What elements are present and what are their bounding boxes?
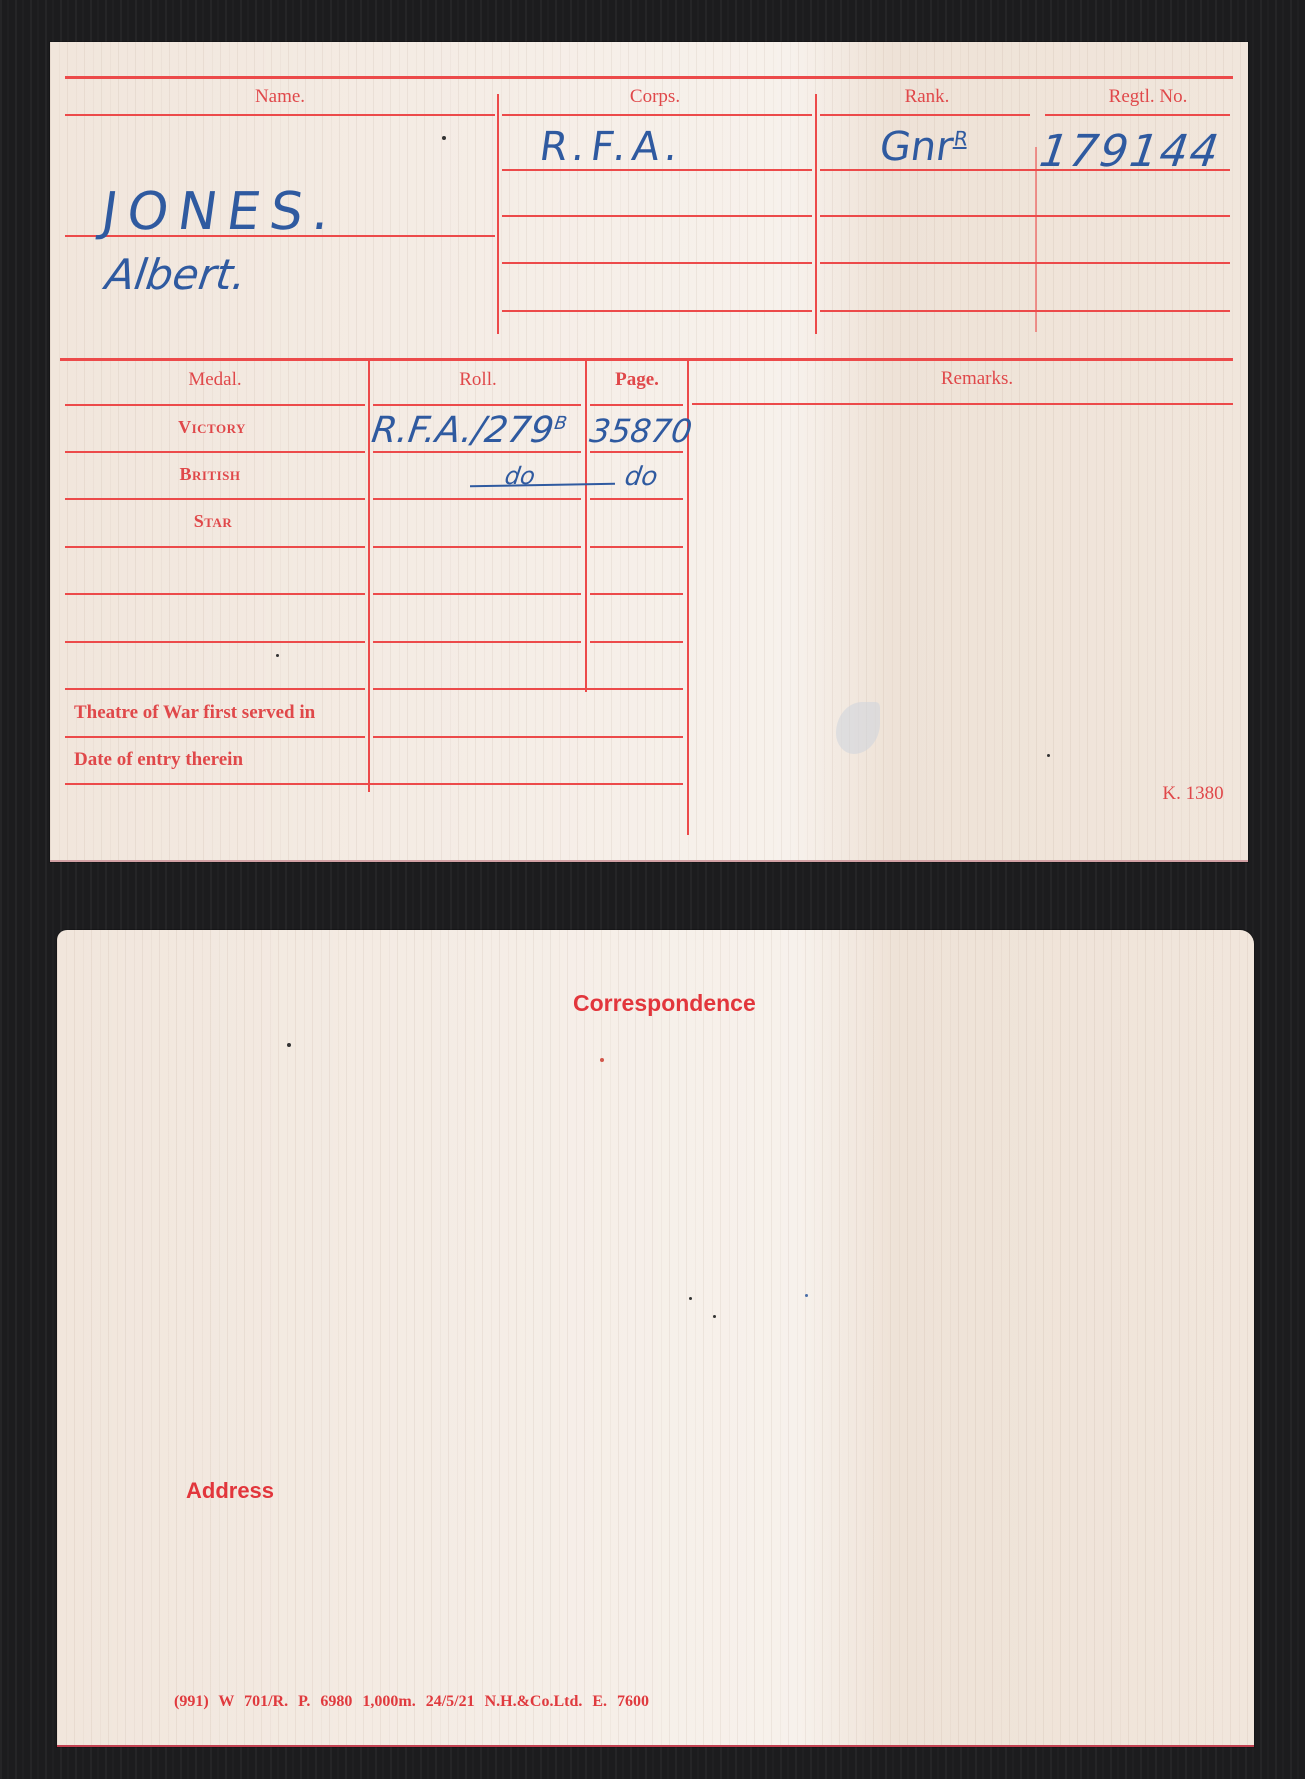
rule xyxy=(60,358,1233,361)
rule xyxy=(65,498,365,500)
rule xyxy=(65,783,683,785)
speck xyxy=(689,1297,692,1300)
page-victory: 35870 xyxy=(587,412,694,450)
rule xyxy=(590,641,683,643)
header-regtl-no: Regtl. No. xyxy=(1109,86,1188,108)
header-rank: Rank. xyxy=(905,86,950,108)
header-name: Name. xyxy=(255,86,305,108)
entry-forename: Albert. xyxy=(103,250,250,299)
entry-corps: R.F.A. xyxy=(537,124,687,170)
header-remarks: Remarks. xyxy=(941,368,1013,390)
divider xyxy=(815,94,817,334)
medal-victory: Victory xyxy=(178,417,246,438)
header-corps: Corps. xyxy=(630,86,680,108)
speck xyxy=(287,1043,291,1047)
ditto-stroke xyxy=(470,483,615,488)
medal-index-card-front: Name. Corps. Rank. Regtl. No. JONES. Alb… xyxy=(50,42,1248,862)
rule xyxy=(373,498,581,500)
rule xyxy=(373,546,581,548)
rule xyxy=(502,310,812,312)
header-page: Page. xyxy=(615,369,659,391)
rule xyxy=(590,593,683,595)
roll-superscript: B xyxy=(553,413,568,434)
rule xyxy=(373,688,683,690)
rule xyxy=(65,76,1233,79)
divider xyxy=(368,360,370,792)
rule xyxy=(590,498,683,500)
rule xyxy=(373,641,581,643)
entry-regtl-no: 179144 xyxy=(1036,126,1223,177)
rule xyxy=(502,215,812,217)
theatre-label: Theatre of War first served in xyxy=(74,702,315,724)
divider xyxy=(497,94,499,334)
rule xyxy=(373,404,581,406)
rule xyxy=(590,404,683,406)
rule xyxy=(692,403,1233,405)
entry-surname: JONES. xyxy=(98,182,344,242)
rank-text: Gnr xyxy=(877,124,956,170)
rule xyxy=(373,451,581,453)
date-entry-label: Date of entry therein xyxy=(74,749,243,771)
rule xyxy=(820,262,1230,264)
address-label: Address xyxy=(186,1478,274,1504)
rule xyxy=(820,215,1230,217)
rule xyxy=(65,736,365,738)
correspondence-heading: Correspondence xyxy=(573,990,756,1017)
rule xyxy=(1045,114,1230,116)
header-medal: Medal. xyxy=(188,369,241,391)
rule xyxy=(65,451,365,453)
speck xyxy=(1047,754,1050,757)
medal-index-card-back: Correspondence Address (991) W 701/R. P.… xyxy=(57,930,1254,1747)
medal-british: British xyxy=(179,464,240,485)
printer-imprint: (991) W 701/R. P. 6980 1,000m. 24/5/21 N… xyxy=(174,1693,649,1711)
rank-superscript: R xyxy=(952,127,969,151)
rule xyxy=(65,114,495,116)
header-roll: Roll. xyxy=(459,369,496,391)
rule xyxy=(65,546,365,548)
rule xyxy=(65,641,365,643)
paper-stain xyxy=(836,702,880,754)
rule xyxy=(590,451,683,453)
rule xyxy=(502,114,812,116)
rule xyxy=(373,736,683,738)
form-code: K. 1380 xyxy=(1162,783,1223,805)
speck xyxy=(805,1294,808,1297)
speck xyxy=(600,1058,604,1062)
rule xyxy=(65,404,365,406)
rule xyxy=(65,688,365,690)
rule xyxy=(65,593,365,595)
speck xyxy=(442,136,446,140)
roll-text: R.F.A./279 xyxy=(369,410,556,451)
rule xyxy=(373,593,581,595)
page-british: do xyxy=(623,462,660,492)
medal-star: Star xyxy=(194,511,233,532)
speck xyxy=(276,654,279,657)
speck xyxy=(713,1315,716,1318)
rule xyxy=(502,262,812,264)
entry-rank: GnrR xyxy=(877,124,970,170)
divider xyxy=(585,360,587,692)
roll-victory: R.F.A./279B xyxy=(369,410,569,451)
rule xyxy=(820,114,1030,116)
rule xyxy=(590,546,683,548)
rule xyxy=(820,310,1230,312)
roll-british: do xyxy=(503,462,537,490)
